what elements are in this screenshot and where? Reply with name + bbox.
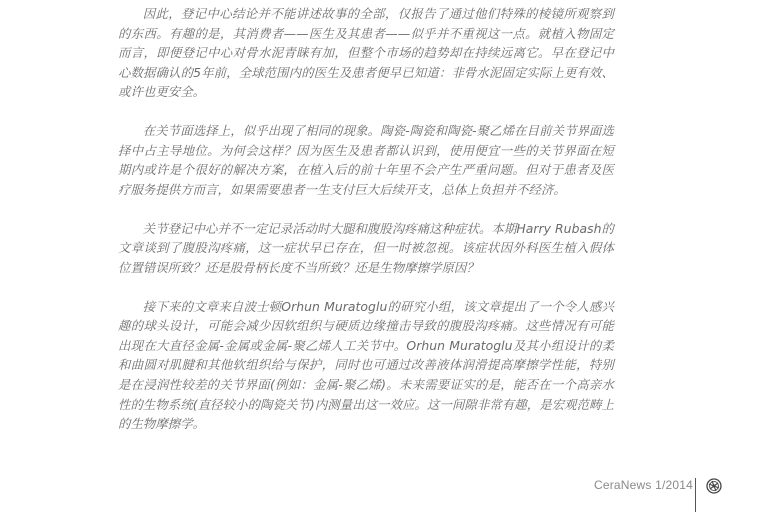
paragraph-muratoglu-research: 接下来的文章来自波士顿Orhun Muratoglu的研究小组，该文章提出了一个… bbox=[118, 297, 614, 434]
article-body: 因此，登记中心结论并不能讲述故事的全部，仅报告了通过他们特殊的棱镜所观察到的东西… bbox=[118, 4, 614, 453]
publication-label: CeraNews 1/2014 bbox=[594, 478, 693, 492]
paragraph-bearing-surfaces: 在关节面选择上，似乎出现了相同的现象。陶瓷-陶瓷和陶瓷-聚乙烯在目前关节界面选择… bbox=[118, 121, 614, 199]
ceramtec-logo-icon bbox=[706, 478, 722, 494]
footer-divider bbox=[695, 478, 696, 512]
paragraph-registry-conclusions: 因此，登记中心结论并不能讲述故事的全部，仅报告了通过他们特殊的棱镜所观察到的东西… bbox=[118, 4, 614, 102]
paragraph-groin-pain: 关节登记中心并不一定记录活动时大腿和腹股沟疼痛这种症状。本期Harry Ruba… bbox=[118, 219, 614, 278]
